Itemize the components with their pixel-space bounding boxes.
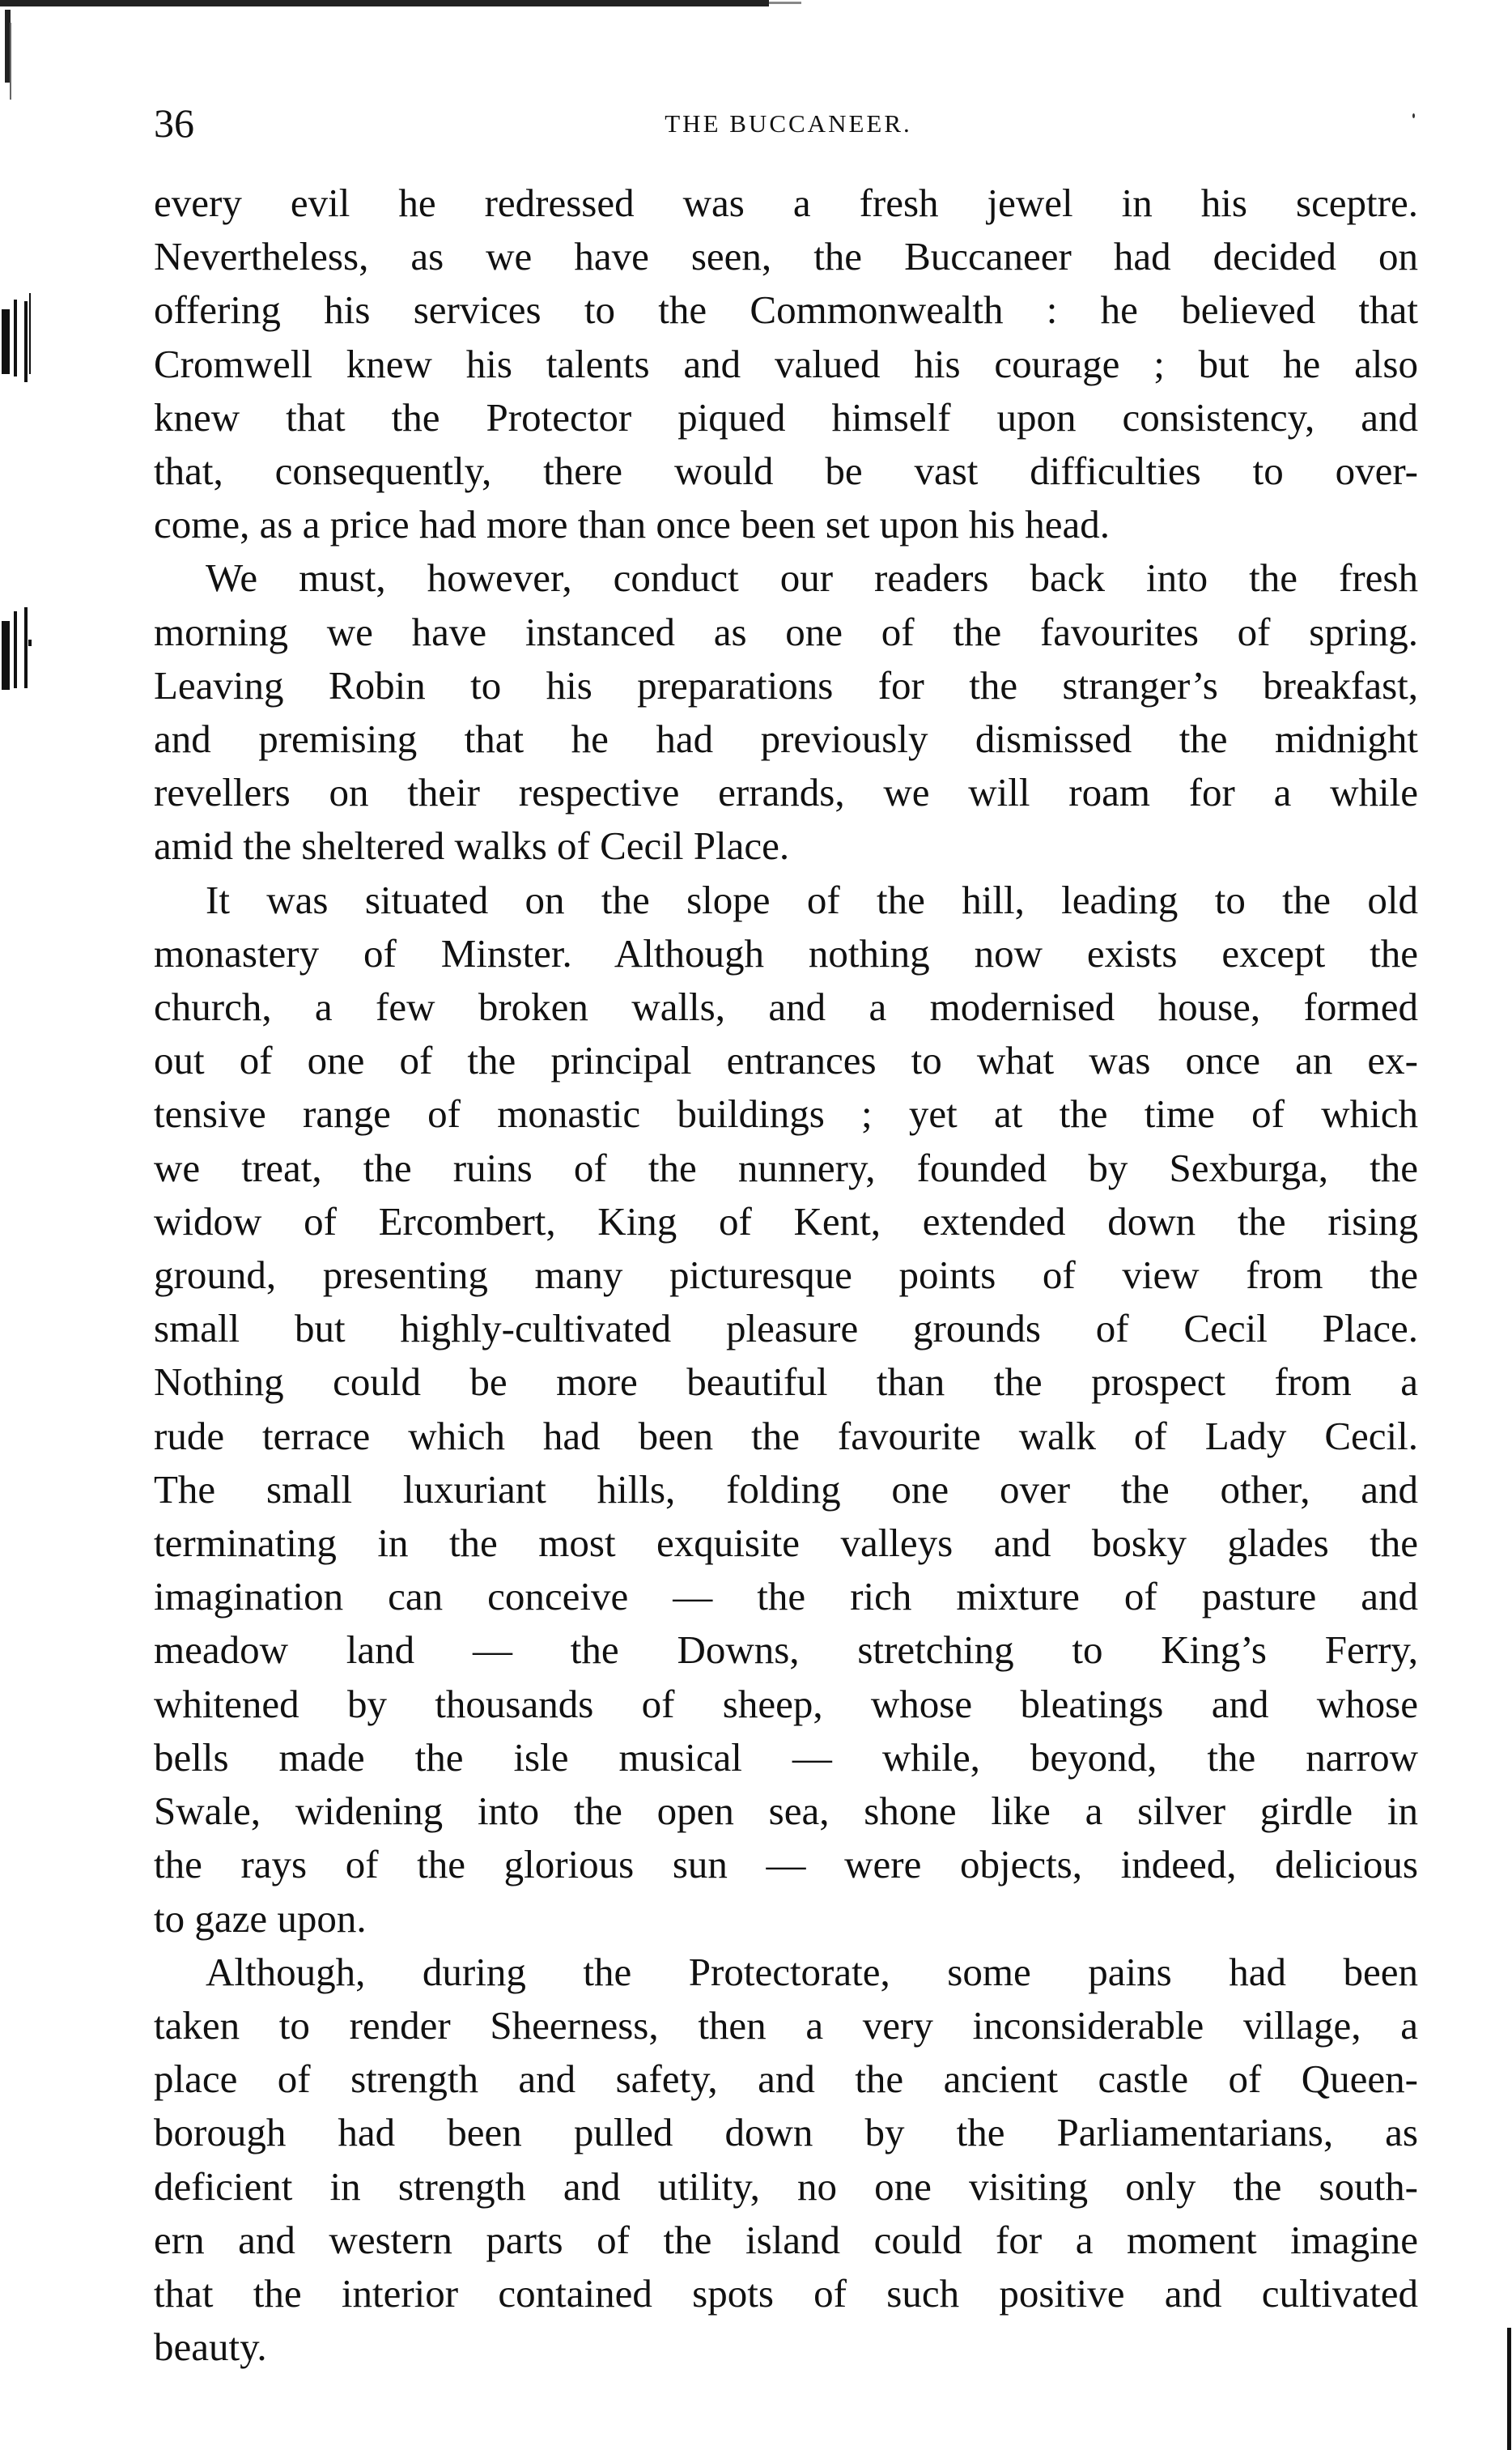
text-line: place of strength and safety, and the an… [154,2052,1418,2106]
text-line: to gaze upon. [154,1892,1418,1946]
text-line: come, as a price had more than once been… [154,498,1418,551]
text-line: amid the sheltered walks of Cecil Place. [154,819,1418,873]
body-text: every evil he redressed was a fresh jewe… [154,177,1418,2374]
text-line: ground, presenting many picturesque poin… [154,1248,1418,1302]
text-line: whitened by thousands of sheep, whose bl… [154,1678,1418,1731]
text-line: Nothing could be more beautiful than the… [154,1355,1418,1409]
scan-margin-mark [0,293,32,382]
text-line: ern and western parts of the island coul… [154,2214,1418,2267]
text-line: bells made the isle musical — while, bey… [154,1731,1418,1784]
text-line: taken to render Sheerness, then a very i… [154,1999,1418,2052]
text-line: out of one of the principal entrances to… [154,1034,1418,1087]
text-line: we treat, the ruins of the nunnery, foun… [154,1142,1418,1195]
text-line: church, a few broken walls, and a modern… [154,980,1418,1034]
text-line: Swale, widening into the open sea, shone… [154,1784,1418,1838]
text-line: deficient in strength and utility, no on… [154,2160,1418,2214]
scan-top-edge-fade [769,2,801,4]
text-line: Although, during the Protectorate, some … [154,1946,1418,1999]
text-line: borough had been pulled down by the Parl… [154,2106,1418,2159]
text-line: every evil he redressed was a fresh jewe… [154,177,1418,230]
text-line: terminating in the most exquisite valley… [154,1516,1418,1570]
paragraph: Although, during the Protectorate, some … [154,1946,1418,2375]
text-line: and premising that he had previously dis… [154,712,1418,766]
text-line: imagination can conceive — the rich mixt… [154,1570,1418,1623]
paragraph: every evil he redressed was a fresh jewe… [154,177,1418,551]
scan-right-edge [1507,2328,1511,2450]
scan-corner-line [10,23,11,100]
text-line: the rays of the glorious sun — were obje… [154,1838,1418,1891]
paragraph: We must, however, conduct our readers ba… [154,551,1418,873]
text-line: beauty. [154,2320,1418,2374]
paragraph: It was situated on the slope of the hill… [154,874,1418,1946]
text-line: small but highly-cultivated pleasure gro… [154,1302,1418,1355]
text-line: Leaving Robin to his preparations for th… [154,659,1418,712]
text-line: revellers on their respective errands, w… [154,766,1418,819]
text-line: Nevertheless, as we have seen, the Bucca… [154,230,1418,283]
scan-margin-mark [0,603,32,694]
text-line: tensive range of monastic buildings ; ye… [154,1087,1418,1141]
text-line: rude terrace which had been the favourit… [154,1410,1418,1463]
text-line: monastery of Minster. Although nothing n… [154,927,1418,980]
text-line: widow of Ercombert, King of Kent, extend… [154,1195,1418,1248]
text-line: morning we have instanced as one of the … [154,606,1418,659]
text-line: knew that the Protector piqued himself u… [154,391,1418,444]
text-line: We must, however, conduct our readers ba… [154,551,1418,605]
running-title: THE BUCCANEER. [154,104,1423,144]
text-line: The small luxuriant hills, folding one o… [154,1463,1418,1516]
text-line: that, consequently, there would be vast … [154,444,1418,498]
text-line: offering his services to the Commonwealt… [154,283,1418,337]
running-header: 36 THE BUCCANEER. [154,99,1423,147]
text-line: Cromwell knew his talents and valued his… [154,338,1418,391]
text-line: that the interior contained spots of suc… [154,2267,1418,2320]
scan-top-edge [0,0,769,6]
text-line: It was situated on the slope of the hill… [154,874,1418,927]
text-line: meadow land — the Downs, stretching to K… [154,1623,1418,1677]
